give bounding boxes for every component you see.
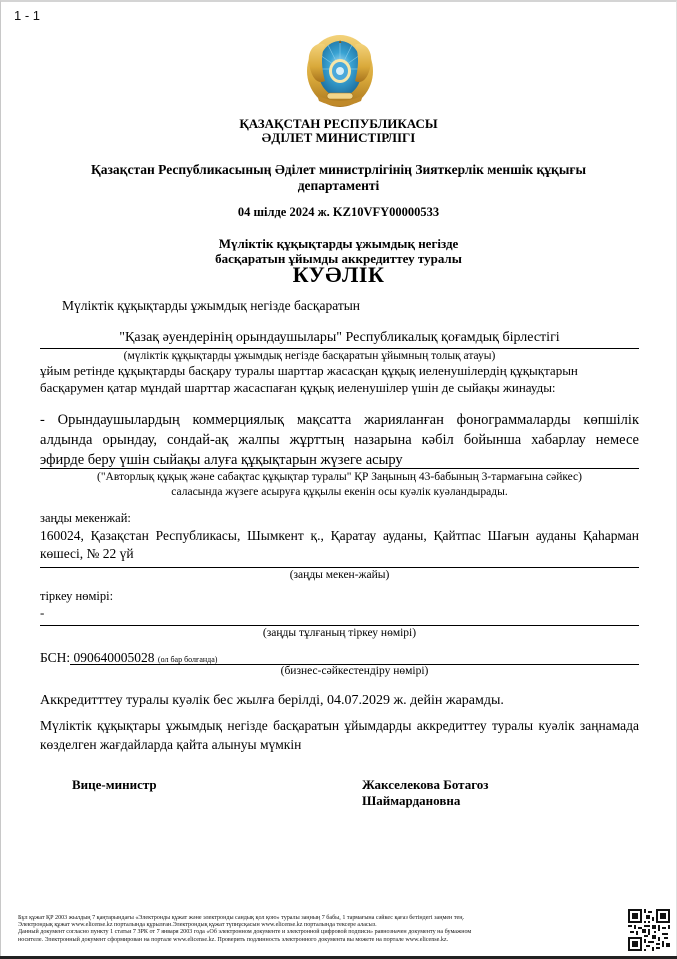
activity-scope: - Орындаушылардың коммерциялық мақсатта … — [40, 410, 639, 470]
address-line: 160024, Қазақстан Республикасы, Шымкент … — [40, 527, 639, 545]
revocation-note: Мүліктік құқықтары ұжымдық негізде басқа… — [40, 716, 639, 754]
country-line: ҚАЗАҚСТАН РЕСПУБЛИКАСЫ — [0, 117, 677, 131]
signatory-name: Жакселекова Ботагоз Шаймардановна — [362, 777, 489, 809]
name-line: Жакселекова Ботагоз — [362, 777, 489, 793]
registration-caption: (заңды тұлғаның тіркеу нөмірі) — [40, 627, 639, 639]
caption-line: саласында жүзеге асыруға құқылы екенін о… — [40, 485, 639, 500]
footer-line: Данный документ согласно пункту 1 статьи… — [18, 929, 618, 936]
bin-label: БСН: — [40, 650, 70, 665]
department-line: департаменті — [0, 178, 677, 194]
issuer-country: ҚАЗАҚСТАН РЕСПУБЛИКАСЫ ӘДІЛЕТ МИНИСТІРЛІ… — [0, 117, 677, 145]
divider-line — [40, 567, 639, 568]
role-line: басқарумен қатар мұндай шарттар жасаспағ… — [40, 379, 578, 396]
legal-address: 160024, Қазақстан Республикасы, Шымкент … — [40, 527, 639, 563]
divider-line — [40, 625, 639, 626]
scope-line: эфирде беру үшін сыйақы алуға құқықтарын… — [40, 450, 639, 470]
footer-line: Бұл құжат ҚР 2003 жылдың 7 қаңтарындағы … — [18, 915, 618, 922]
ministry-line: ӘДІЛЕТ МИНИСТІРЛІГІ — [0, 131, 677, 145]
signatory-position: Вице-министр — [72, 777, 157, 793]
divider-line — [40, 348, 639, 349]
subtitle-line: Мүліктік құқықтарды ұжымдық негізде — [0, 236, 677, 251]
qr-code-icon[interactable] — [628, 909, 670, 951]
page-indicator: 1 - 1 — [14, 8, 40, 23]
intro-text: Мүліктік құқықтарды ұжымдық негізде басқ… — [62, 298, 360, 314]
bin-note: (ол бар болғанда) — [158, 655, 218, 664]
bin-caption: (бизнес-сәйкестендіру нөмірі) — [70, 665, 639, 677]
name-line: Шаймардановна — [362, 793, 489, 809]
scope-line: - Орындаушылардың коммерциялық мақсатта … — [40, 410, 639, 430]
registration-label: тіркеу нөмірі: — [40, 589, 113, 604]
issuer-department: Қазақстан Республикасының Әділет министр… — [0, 162, 677, 194]
activity-scope-caption: ("Авторлық құқық және сабақтас құқықтар … — [40, 470, 639, 500]
certificate-title: КУӘЛІК — [0, 262, 677, 288]
date-and-number: 04 шілде 2024 ж. KZ10VFY00000533 — [0, 205, 677, 220]
legal-footer: Бұл құжат ҚР 2003 жылдың 7 қаңтарындағы … — [18, 915, 618, 944]
organization-name-caption: (мүліктік құқықтарды ұжымдық негізде бас… — [40, 350, 639, 362]
registration-value: - — [40, 605, 44, 621]
revocation-line: көзделген жағдайларда қайта алынуы мүмкі… — [40, 735, 639, 754]
validity-statement: Аккредитттеу туралы куәлік бес жылға бер… — [40, 693, 504, 709]
role-description: ұйым ретінде құқықтарды басқару туралы ш… — [40, 362, 578, 396]
divider-line — [40, 468, 639, 469]
scope-line: алдында орындау, сондай-ақ жалпы жұрттың… — [40, 430, 639, 450]
address-line: көшесі, № 22 үй — [40, 545, 639, 563]
caption-line: ("Авторлық құқық және сабақтас құқықтар … — [40, 470, 639, 485]
footer-line: носителе. Электронный документ сформиров… — [18, 937, 618, 944]
organization-name: "Қазақ әуендерінің орындаушылары" Респуб… — [40, 330, 639, 346]
address-label: заңды мекенжай: — [40, 511, 131, 526]
address-caption: (заңды мекен-жайы) — [40, 569, 639, 581]
revocation-line: Мүліктік құқықтары ұжымдық негізде басқа… — [40, 716, 639, 735]
department-line: Қазақстан Республикасының Әділет министр… — [0, 162, 677, 178]
role-line: ұйым ретінде құқықтарды басқару туралы ш… — [40, 362, 578, 379]
bin-value: 090640005028 — [74, 650, 155, 665]
coat-of-arms-icon — [303, 33, 377, 109]
